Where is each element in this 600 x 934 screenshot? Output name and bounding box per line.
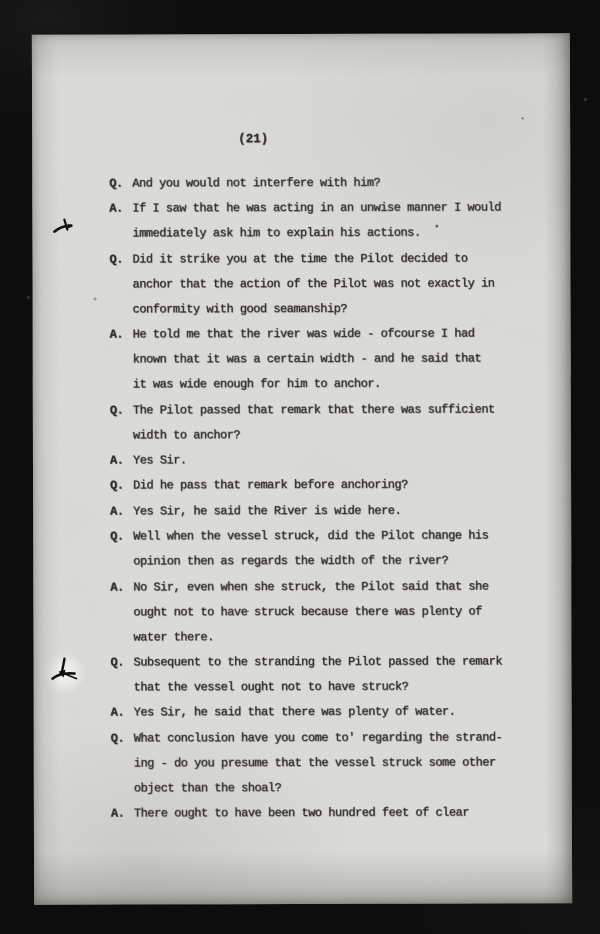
qa-text: He told me that the river was wide - ofc…	[133, 322, 515, 398]
qa-entry: A. There ought to have been two hundred …	[34, 800, 572, 826]
qa-text: The Pilot passed that remark that there …	[133, 397, 515, 448]
scan-speck	[27, 296, 30, 299]
speaker-label: Q.	[109, 171, 132, 196]
speaker-label: Q.	[111, 726, 134, 801]
qa-text: Well when the vessel struck, did the Pil…	[133, 524, 515, 575]
qa-entry: Q. And you would not interfere with him?	[32, 170, 570, 196]
speaker-label: A.	[110, 575, 133, 650]
speaker-label: Q.	[110, 398, 133, 448]
speaker-label: Q.	[109, 247, 132, 322]
speaker-label: A.	[110, 448, 133, 473]
qa-entry: Q. The Pilot passed that remark that the…	[33, 397, 571, 448]
qa-entry: Q. Well when the vessel struck, did the …	[33, 523, 571, 574]
speaker-label: Q.	[110, 474, 133, 499]
qa-text: Yes Sir, he said that there was plenty o…	[134, 700, 516, 726]
scanned-page: (21) Q. And you would not interfere with…	[32, 33, 572, 904]
scan-speck	[521, 117, 524, 119]
transcript-body: Q. And you would not interfere with him?…	[32, 170, 572, 827]
qa-text: Yes Sir, he said the River is wide here.	[133, 498, 515, 524]
qa-entry: Q. Did he pass that remark before anchor…	[33, 473, 571, 499]
qa-text: Subsequent to the stranding the Pilot pa…	[133, 649, 515, 700]
qa-text: What conclusion have you come to' regard…	[134, 725, 516, 801]
qa-text: Did it strike you at the time the Pilot …	[132, 246, 514, 322]
speaker-label: Q.	[110, 525, 133, 575]
qa-text: Did he pass that remark before anchoring…	[133, 473, 515, 499]
page-number: (21)	[32, 131, 570, 146]
qa-entry: A. Yes Sir.	[33, 447, 571, 473]
qa-entry: A. No Sir, even when she struck, the Pil…	[33, 574, 571, 650]
qa-entry: Q. What conclusion have you come to' reg…	[34, 725, 572, 801]
qa-text: Yes Sir.	[133, 447, 515, 473]
speaker-label: A.	[111, 701, 134, 726]
speaker-label: A.	[111, 802, 134, 827]
qa-entry: Q. Did it strike you at the time the Pil…	[32, 246, 570, 322]
qa-text: And you would not interfere with him?	[132, 170, 514, 196]
qa-text: There ought to have been two hundred fee…	[134, 801, 516, 827]
scan-speck	[584, 98, 587, 101]
qa-text: If I saw that he was acting in an unwise…	[132, 196, 514, 247]
speaker-label: Q.	[110, 650, 133, 700]
scanned-photograph-background: { "colors": { "paper": "#d6d5d1", "backg…	[0, 0, 600, 934]
qa-text: No Sir, even when she struck, the Pilot …	[133, 574, 515, 650]
qa-entry: A. He told me that the river was wide - …	[33, 321, 571, 397]
qa-entry: A. Yes Sir, he said that there was plent…	[34, 700, 572, 726]
speaker-label: A.	[109, 197, 132, 247]
qa-entry: Q. Subsequent to the stranding the Pilot…	[33, 649, 571, 700]
speaker-label: A.	[110, 499, 133, 524]
speaker-label: A.	[110, 323, 133, 398]
qa-entry: A. If I saw that he was acting in an unw…	[32, 196, 570, 247]
qa-entry: A. Yes Sir, he said the River is wide he…	[33, 498, 571, 524]
